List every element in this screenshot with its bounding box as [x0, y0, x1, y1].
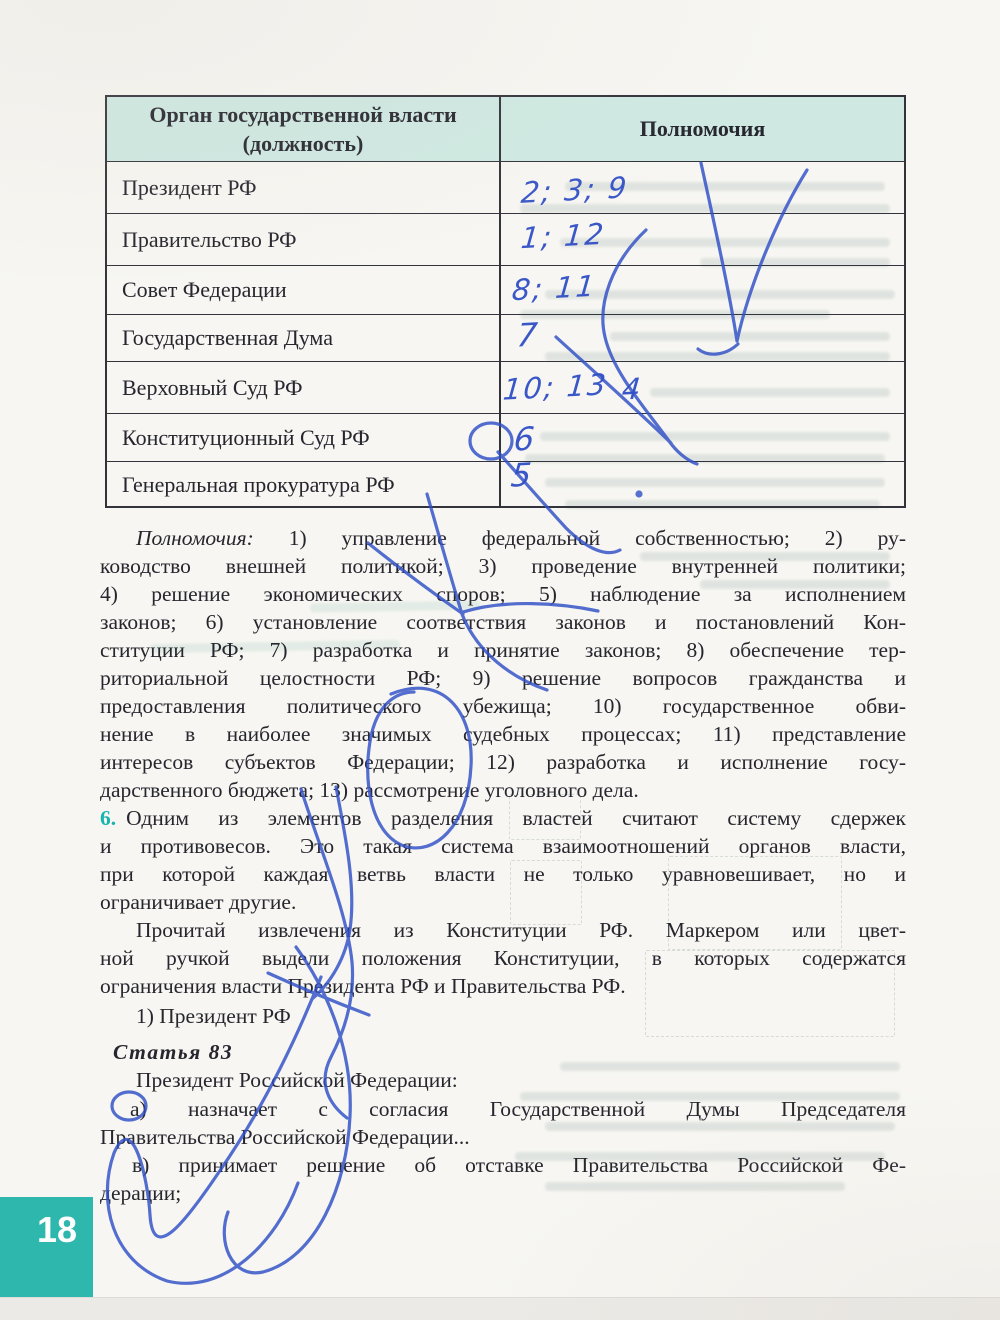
paragraph-line: дарственного бюджета; 13) рассмотрение у…: [100, 776, 906, 804]
article-intro: Президент Российской Федерации:: [100, 1066, 906, 1094]
organ-name: Правительство РФ: [122, 214, 297, 265]
paragraph-line: Полномочия: 1) управление федеральной со…: [100, 524, 906, 552]
table-row: Совет Федерации: [107, 266, 904, 315]
paragraph-line: нение в наиболее значимых судебных проце…: [100, 720, 906, 748]
table-header-powers: Полномочия: [501, 97, 904, 161]
paragraph-line: риториальной целостности РФ; 9) решение …: [100, 664, 906, 692]
paragraph-line: законов; 6) установление соответствия за…: [100, 608, 906, 636]
handwritten-answer: 6: [512, 419, 538, 458]
instruction-line: ной ручкой выдели положения Конституции,…: [100, 944, 906, 972]
table-row: Конституционный Суд РФ: [107, 414, 904, 462]
table-row: Генеральная прокуратура РФ: [107, 462, 904, 508]
page-number-badge: 18: [0, 1197, 93, 1299]
organ-name: Президент РФ: [122, 162, 256, 213]
paragraph-line: интересов субъектов Федерации; 12) разра…: [100, 748, 906, 776]
handwritten-answer: 5: [509, 455, 535, 494]
page-number: 18: [37, 1209, 77, 1250]
organ-name: Совет Федерации: [122, 266, 287, 314]
task-number: 6.: [100, 806, 116, 830]
task6-line: ограничивает другие.: [100, 888, 906, 916]
table-column-divider: [499, 97, 501, 506]
table-row: Государственная Дума: [107, 315, 904, 362]
paragraph-line: предоставления политического убежища; 10…: [100, 692, 906, 720]
scan-edge-bottom: [0, 1297, 1000, 1320]
handwritten-answer: 8; 11: [511, 269, 598, 308]
powers-lead: Полномочия:: [136, 526, 254, 550]
table-header-organ-line1: Орган государственной власти: [149, 102, 456, 127]
powers-line: 1) управление федеральной собственностью…: [254, 526, 906, 550]
table-header-organ-line2: (должность): [243, 131, 364, 156]
workbook-page-scan: Орган государственной власти (должность)…: [0, 0, 1000, 1320]
paragraph-line: ководство внешней политикой; 3) проведен…: [100, 552, 906, 580]
handwritten-answer: 1; 12: [520, 217, 607, 256]
table-row: Правительство РФ: [107, 214, 904, 266]
paragraph-line: ституции РФ; 7) разработка и принятие за…: [100, 636, 906, 664]
instruction-line: Прочитай извлечения из Конституции РФ. М…: [100, 916, 906, 944]
organ-name: Государственная Дума: [122, 315, 333, 361]
handwritten-answer-extra: 4: [621, 371, 644, 406]
handwritten-answer: 10; 13: [502, 367, 610, 407]
clause-a-line: а) назначает с согласия Государственной …: [100, 1095, 906, 1123]
article-heading: Статья 83: [113, 1038, 919, 1066]
organ-name: Конституционный Суд РФ: [122, 414, 370, 461]
table-header-row: Орган государственной власти (должность)…: [107, 97, 904, 162]
clause-a-line: Правительства Российской Федерации...: [100, 1123, 906, 1151]
table-header-organ: Орган государственной власти (должность): [107, 97, 499, 161]
clause-b-line: дерации;: [100, 1179, 906, 1207]
task6-line: Одним из элементов разделения властей сч…: [126, 806, 906, 830]
task6-first-line: 6.Одним из элементов разделения властей …: [100, 804, 906, 832]
organ-name: Верховный Суд РФ: [122, 362, 303, 413]
section-item-president: 1) Президент РФ: [100, 1002, 906, 1030]
task6-line: и противовесов. Это такая система взаимо…: [100, 832, 906, 860]
instruction-line: ограничения власти Президента РФ и Прави…: [100, 972, 906, 1000]
handwritten-answer: 7: [515, 315, 541, 354]
task6-line: при которой каждая ветвь власти не тольк…: [100, 860, 906, 888]
organ-name: Генеральная прокуратура РФ: [122, 462, 395, 508]
paragraph-line: 4) решение экономических споров; 5) набл…: [100, 580, 906, 608]
handwritten-answer: 2; 3; 9: [520, 170, 630, 210]
table-row: Президент РФ: [107, 162, 904, 214]
clause-b-line: в) принимает решение об отставке Правите…: [100, 1151, 906, 1179]
answer-table: Орган государственной власти (должность)…: [105, 95, 906, 508]
